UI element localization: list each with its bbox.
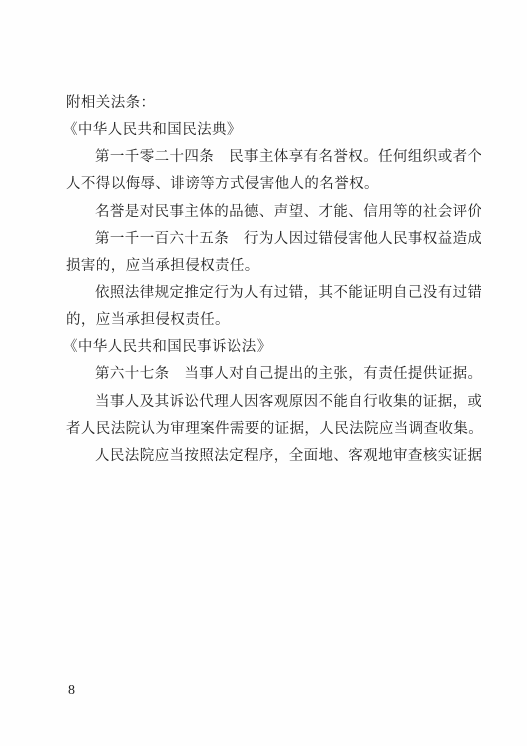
text-line: 当事人及其诉讼代理人因客观原因不能自行收集的证据，或 (66, 389, 481, 416)
text-line: 人民法院应当按照法定程序，全面地、客观地审查核实证据。 (66, 443, 481, 470)
document-page: 附相关法条： 《中华人民共和国民法典》 第一千零二十四条 民事主体享有名誉权。任… (0, 0, 527, 746)
text-line: 名誉是对民事主体的品德、声望、才能、信用等的社会评价。 (66, 199, 481, 226)
text-line: 第一千一百六十五条 行为人因过错侵害他人民事权益造成 (66, 226, 481, 253)
text-line: 第六十七条 当事人对自己提出的主张，有责任提供证据。 (66, 361, 481, 388)
text-line: 者人民法院认为审理案件需要的证据，人民法院应当调查收集。 (66, 416, 481, 443)
statute-title-civil-procedure-law: 《中华人民共和国民事诉讼法》 (63, 334, 481, 361)
statute-title-civil-code: 《中华人民共和国民法典》 (63, 117, 481, 144)
page-number: 8 (68, 682, 75, 700)
text-line: 第一千零二十四条 民事主体享有名誉权。任何组织或者个 (66, 144, 481, 171)
appendix-heading: 附相关法条： (66, 90, 481, 117)
text-line: 的，应当承担侵权责任。 (66, 307, 481, 334)
legal-text-block: 附相关法条： 《中华人民共和国民法典》 第一千零二十四条 民事主体享有名誉权。任… (66, 90, 481, 470)
text-line: 人不得以侮辱、诽谤等方式侵害他人的名誉权。 (66, 171, 481, 198)
text-line: 损害的，应当承担侵权责任。 (66, 253, 481, 280)
text-line: 依照法律规定推定行为人有过错，其不能证明自己没有过错 (66, 280, 481, 307)
